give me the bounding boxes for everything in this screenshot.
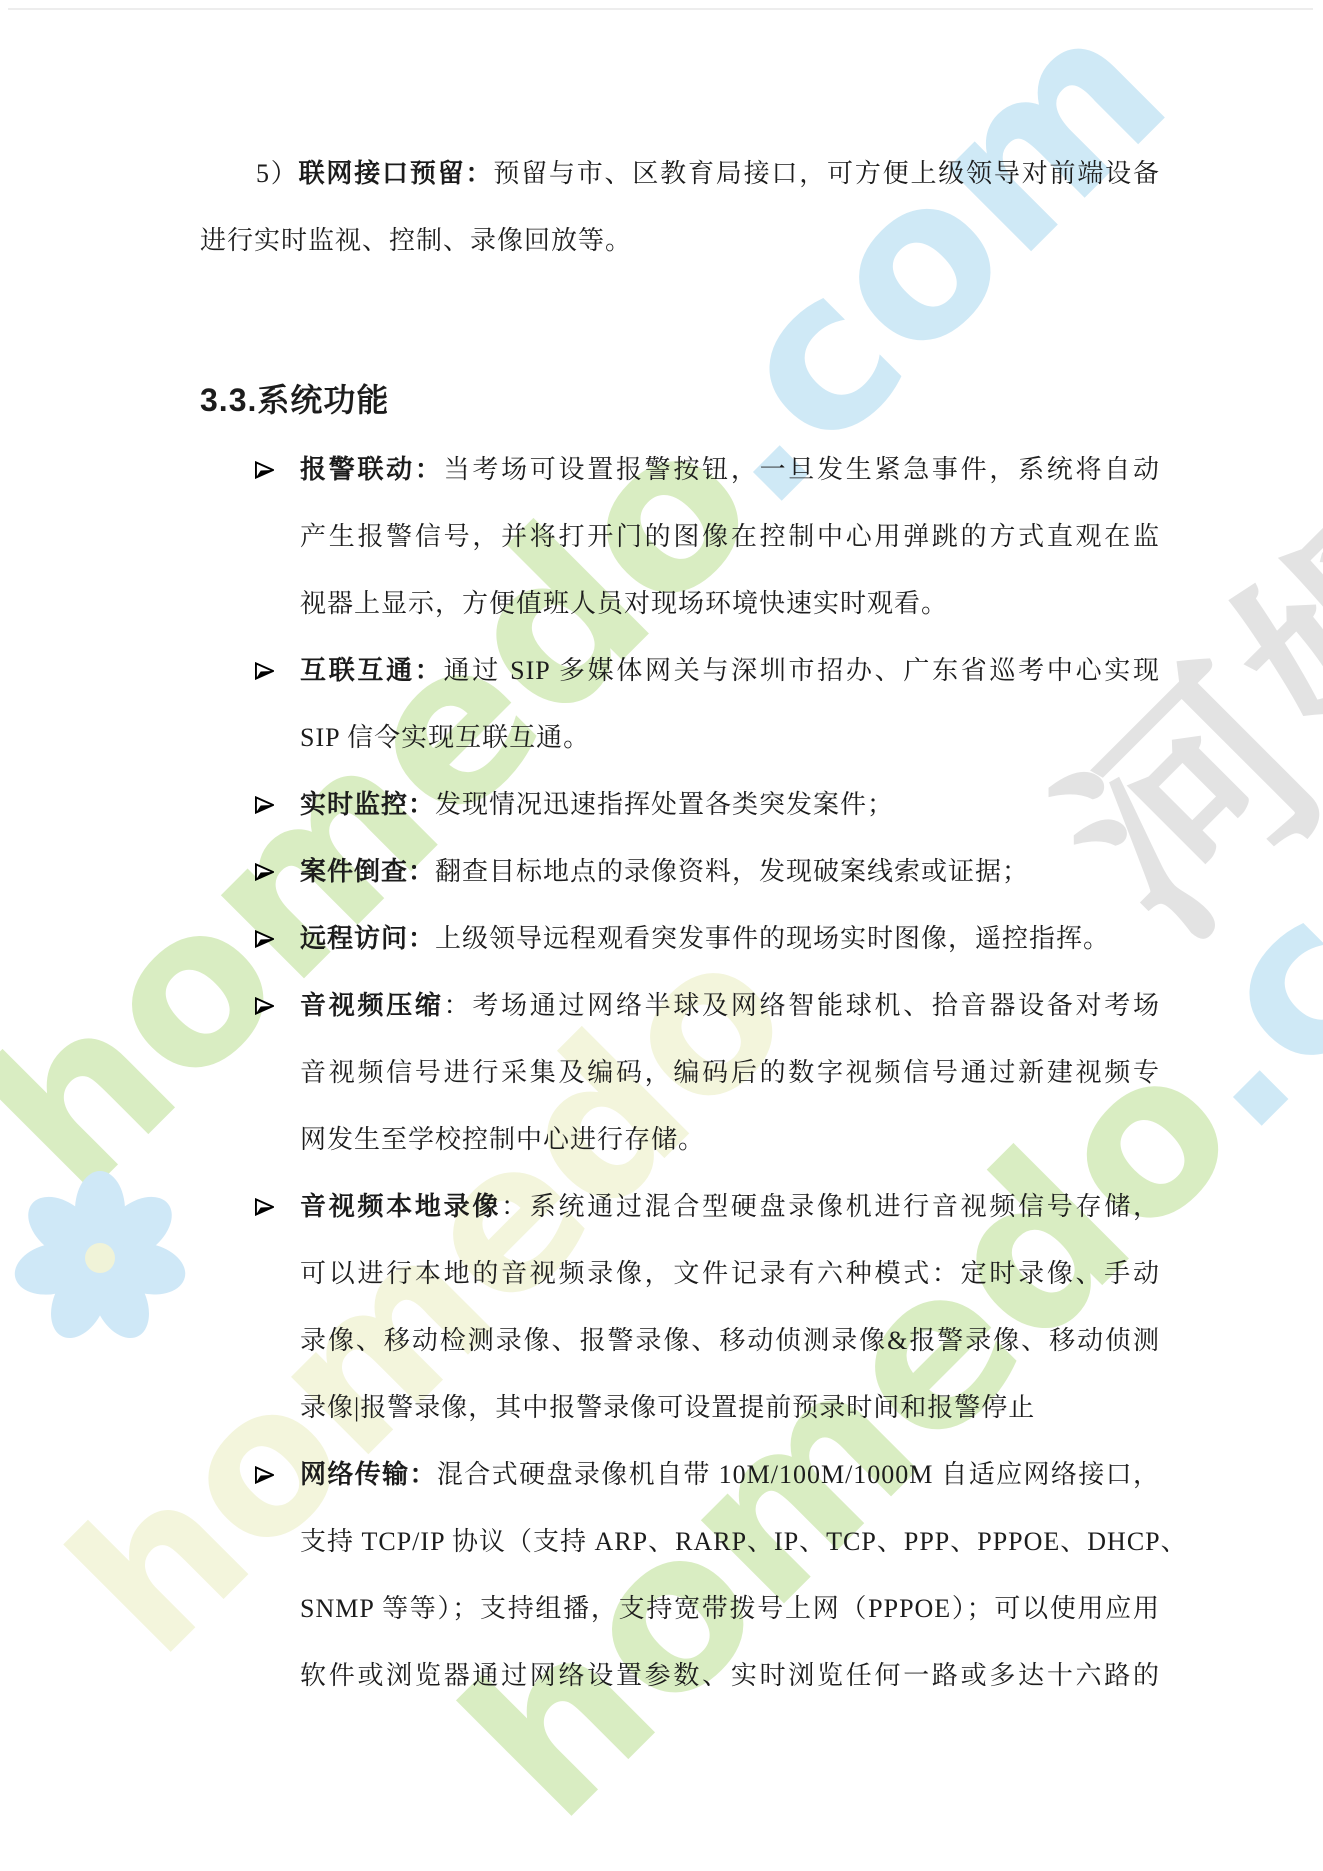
text-line: 录像|报警录像，其中报警录像可设置提前预录时间和报警停止 — [300, 1374, 1160, 1441]
document-content: 5）联网接口预留：预留与市、区教育局接口，可方便上级领导对前端设备 进行实时监视… — [200, 140, 1160, 1709]
bullet-label: 互联互通： — [300, 656, 444, 685]
bullet-label: 音视频压缩 — [300, 991, 444, 1020]
flower-logo-icon — [10, 1168, 190, 1348]
feature-list: 报警联动：当考场可设置报警按钮，一旦发生紧急事件，系统将自动 产生报警信号，并将… — [200, 436, 1160, 1709]
list-arrow-icon — [255, 930, 274, 948]
bullet-label: 音视频本地录像 — [300, 1192, 501, 1221]
list-item: 互联互通：通过 SIP 多媒体网关与深圳市招办、广东省巡考中心实现 SIP 信令… — [200, 637, 1160, 771]
list-item: 音视频压缩：考场通过网络半球及网络智能球机、拾音器设备对考场 音视频信号进行采集… — [200, 972, 1160, 1173]
text-line: 可以进行本地的音视频录像，文件记录有六种模式：定时录像、手动 — [300, 1240, 1160, 1307]
text-line: 报警联动：当考场可设置报警按钮，一旦发生紧急事件，系统将自动 — [300, 436, 1160, 503]
list-item: 网络传输：混合式硬盘录像机自带 10M/100M/1000M 自适应网络接口， … — [200, 1441, 1160, 1709]
intro-label: 联网接口预留： — [299, 159, 494, 188]
text-line: 软件或浏览器通过网络设置参数、实时浏览任何一路或多达十六路的 — [300, 1642, 1160, 1709]
text-line: SNMP 等等）；支持组播，支持宽带拨号上网（PPPOE）；可以使用应用 — [300, 1575, 1160, 1642]
list-item: 实时监控：发现情况迅速指挥处置各类突发案件； — [200, 771, 1160, 838]
bullet-label: 实时监控： — [300, 790, 435, 819]
text-line: 5）联网接口预留：预留与市、区教育局接口，可方便上级领导对前端设备 — [200, 140, 1160, 207]
list-item: 音视频本地录像：系统通过混合型硬盘录像机进行音视频信号存储， 可以进行本地的音视… — [200, 1173, 1160, 1441]
list-arrow-icon — [255, 796, 274, 814]
text-line: 音视频本地录像：系统通过混合型硬盘录像机进行音视频信号存储， — [300, 1173, 1160, 1240]
list-item: 报警联动：当考场可设置报警按钮，一旦发生紧急事件，系统将自动 产生报警信号，并将… — [200, 436, 1160, 637]
intro-number: 5） — [256, 159, 299, 188]
bullet-label: 网络传输： — [300, 1460, 437, 1489]
list-arrow-icon — [255, 997, 274, 1015]
bullet-label: 报警联动： — [300, 455, 444, 484]
text-line: SIP 信令实现互联互通。 — [300, 704, 1160, 771]
text-line: 远程访问：上级领导远程观看突发事件的现场实时图像，遥控指挥。 — [300, 905, 1160, 972]
text-line: 进行实时监视、控制、录像回放等。 — [200, 207, 1160, 274]
intro-paragraph: 5）联网接口预留：预留与市、区教育局接口，可方便上级领导对前端设备 进行实时监视… — [200, 140, 1160, 274]
list-arrow-icon — [255, 461, 274, 479]
text-line: 音视频信号进行采集及编码，编码后的数字视频信号通过新建视频专 — [300, 1039, 1160, 1106]
text-line: 音视频压缩：考场通过网络半球及网络智能球机、拾音器设备对考场 — [300, 972, 1160, 1039]
text-line: 录像、移动检测录像、报警录像、移动侦测录像&报警录像、移动侦测 — [300, 1307, 1160, 1374]
text-line: 网发生至学校控制中心进行存储。 — [300, 1106, 1160, 1173]
text-line: 网络传输：混合式硬盘录像机自带 10M/100M/1000M 自适应网络接口， — [300, 1441, 1160, 1508]
intro-text: 预留与市、区教育局接口，可方便上级领导对前端设备 — [493, 159, 1160, 188]
list-arrow-icon — [255, 1198, 274, 1216]
text-line: 互联互通：通过 SIP 多媒体网关与深圳市招办、广东省巡考中心实现 — [300, 637, 1160, 704]
bullet-label: 案件倒查： — [300, 857, 435, 886]
bullet-label: 远程访问： — [300, 924, 435, 953]
text-line: 支持 TCP/IP 协议（支持 ARP、RARP、IP、TCP、PPP、PPPO… — [300, 1508, 1160, 1575]
text-line: 视器上显示，方便值班人员对现场环境快速实时观看。 — [300, 570, 1160, 637]
list-item: 远程访问：上级领导远程观看突发事件的现场实时图像，遥控指挥。 — [200, 905, 1160, 972]
text-line: 产生报警信号，并将打开门的图像在控制中心用弹跳的方式直观在监 — [300, 503, 1160, 570]
list-arrow-icon — [255, 863, 274, 881]
document-page: { "watermarks": { "brand_green": "homedo… — [0, 0, 1323, 1871]
scan-artifact-line — [8, 8, 1313, 10]
list-arrow-icon — [255, 1466, 274, 1484]
text-line: 实时监控：发现情况迅速指挥处置各类突发案件； — [300, 771, 1160, 838]
text-line: 案件倒查：翻查目标地点的录像资料，发现破案线索或证据； — [300, 838, 1160, 905]
section-heading: 3.3.系统功能 — [200, 367, 1160, 434]
list-item: 案件倒查：翻查目标地点的录像资料，发现破案线索或证据； — [200, 838, 1160, 905]
list-arrow-icon — [255, 662, 274, 680]
